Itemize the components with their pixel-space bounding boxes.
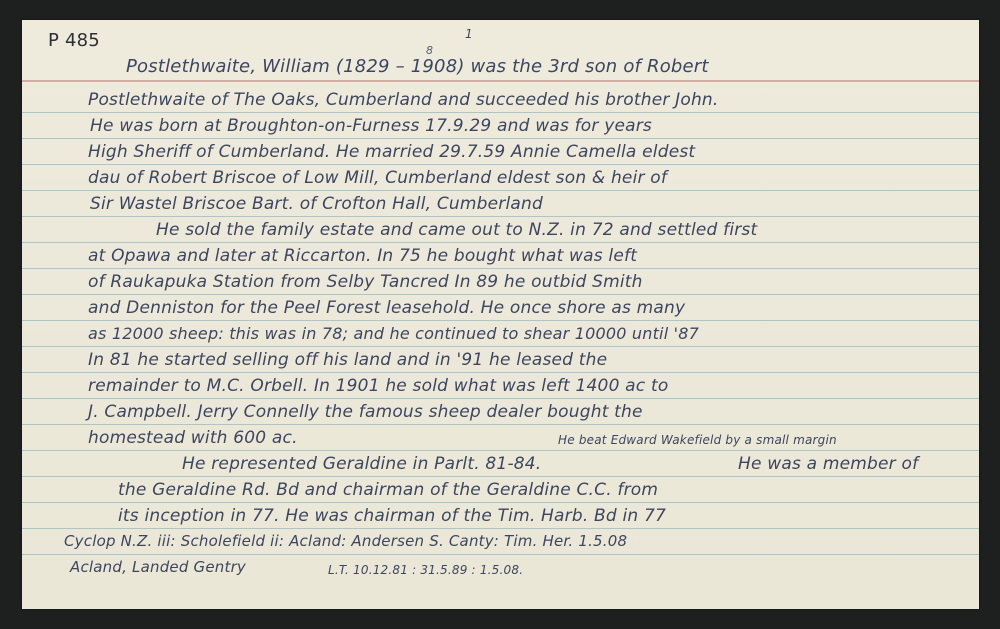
entry-line: as 12000 sheep: this was in 78; and he c… [88,326,699,342]
ruled-line [22,528,979,529]
ruled-line [22,424,979,425]
ruled-line [22,242,979,243]
sources-line: Cyclop N.Z. iii: Scholefield ii: Acland:… [64,534,627,549]
entry-line: at Opawa and later at Riccarton. In 75 h… [88,248,637,265]
header-red-rule [22,80,979,82]
ruled-line [22,138,979,139]
entry-line: Sir Wastel Briscoe Bart. of Crofton Hall… [90,196,543,213]
source-dates: L.T. 10.12.81 : 31.5.89 : 1.5.08. [328,564,523,576]
entry-line: and Denniston for the Peel Forest leaseh… [88,300,685,317]
ruled-line [22,476,979,477]
entry-line: remainder to M.C. Orbell. In 1901 he sol… [88,378,668,395]
card-reference-number: P 485 [48,32,100,50]
ruled-line [22,372,979,373]
ruled-line [22,502,979,503]
ruled-line [22,294,979,295]
entry-line: High Sheriff of Cumberland. He married 2… [88,144,695,161]
entry-line: Postlethwaite of The Oaks, Cumberland an… [88,92,719,109]
ruled-line [22,320,979,321]
insertion-continuation: He was a member of [738,456,918,473]
entry-line: J. Campbell. Jerry Connelly the famous s… [88,404,643,421]
ruled-line [22,398,979,399]
entry-line: the Geraldine Rd. Bd and chairman of the… [118,482,658,499]
year-correction: 8 [426,45,433,56]
entry-line: dau of Robert Briscoe of Low Mill, Cumbe… [88,170,667,187]
ruled-line [22,164,979,165]
margin-insertion-note: He beat Edward Wakefield by a small marg… [558,434,837,446]
entry-line: homestead with 600 ac. [88,430,298,447]
ruled-line [22,112,979,113]
ruled-line [22,554,979,555]
ruled-line [22,450,979,451]
page-mark: 1 [465,28,473,40]
entry-line: He represented Geraldine in Parlt. 81-84… [182,456,541,473]
index-card: P 485 1 8 Postlethwaite, William (1829 –… [22,20,979,609]
entry-heading-line: Postlethwaite, William (1829 – 1908) was… [126,58,709,76]
sources-line: Acland, Landed Gentry [70,560,246,575]
ruled-line [22,346,979,347]
entry-line: its inception in 77. He was chairman of … [118,508,666,525]
ruled-line [22,190,979,191]
entry-line: He sold the family estate and came out t… [156,222,757,239]
ruled-line [22,268,979,269]
entry-line: In 81 he started selling off his land an… [88,352,607,369]
entry-line: of Raukapuka Station from Selby Tancred … [88,274,643,291]
entry-line: He was born at Broughton-on-Furness 17.9… [90,118,652,135]
ruled-line [22,216,979,217]
